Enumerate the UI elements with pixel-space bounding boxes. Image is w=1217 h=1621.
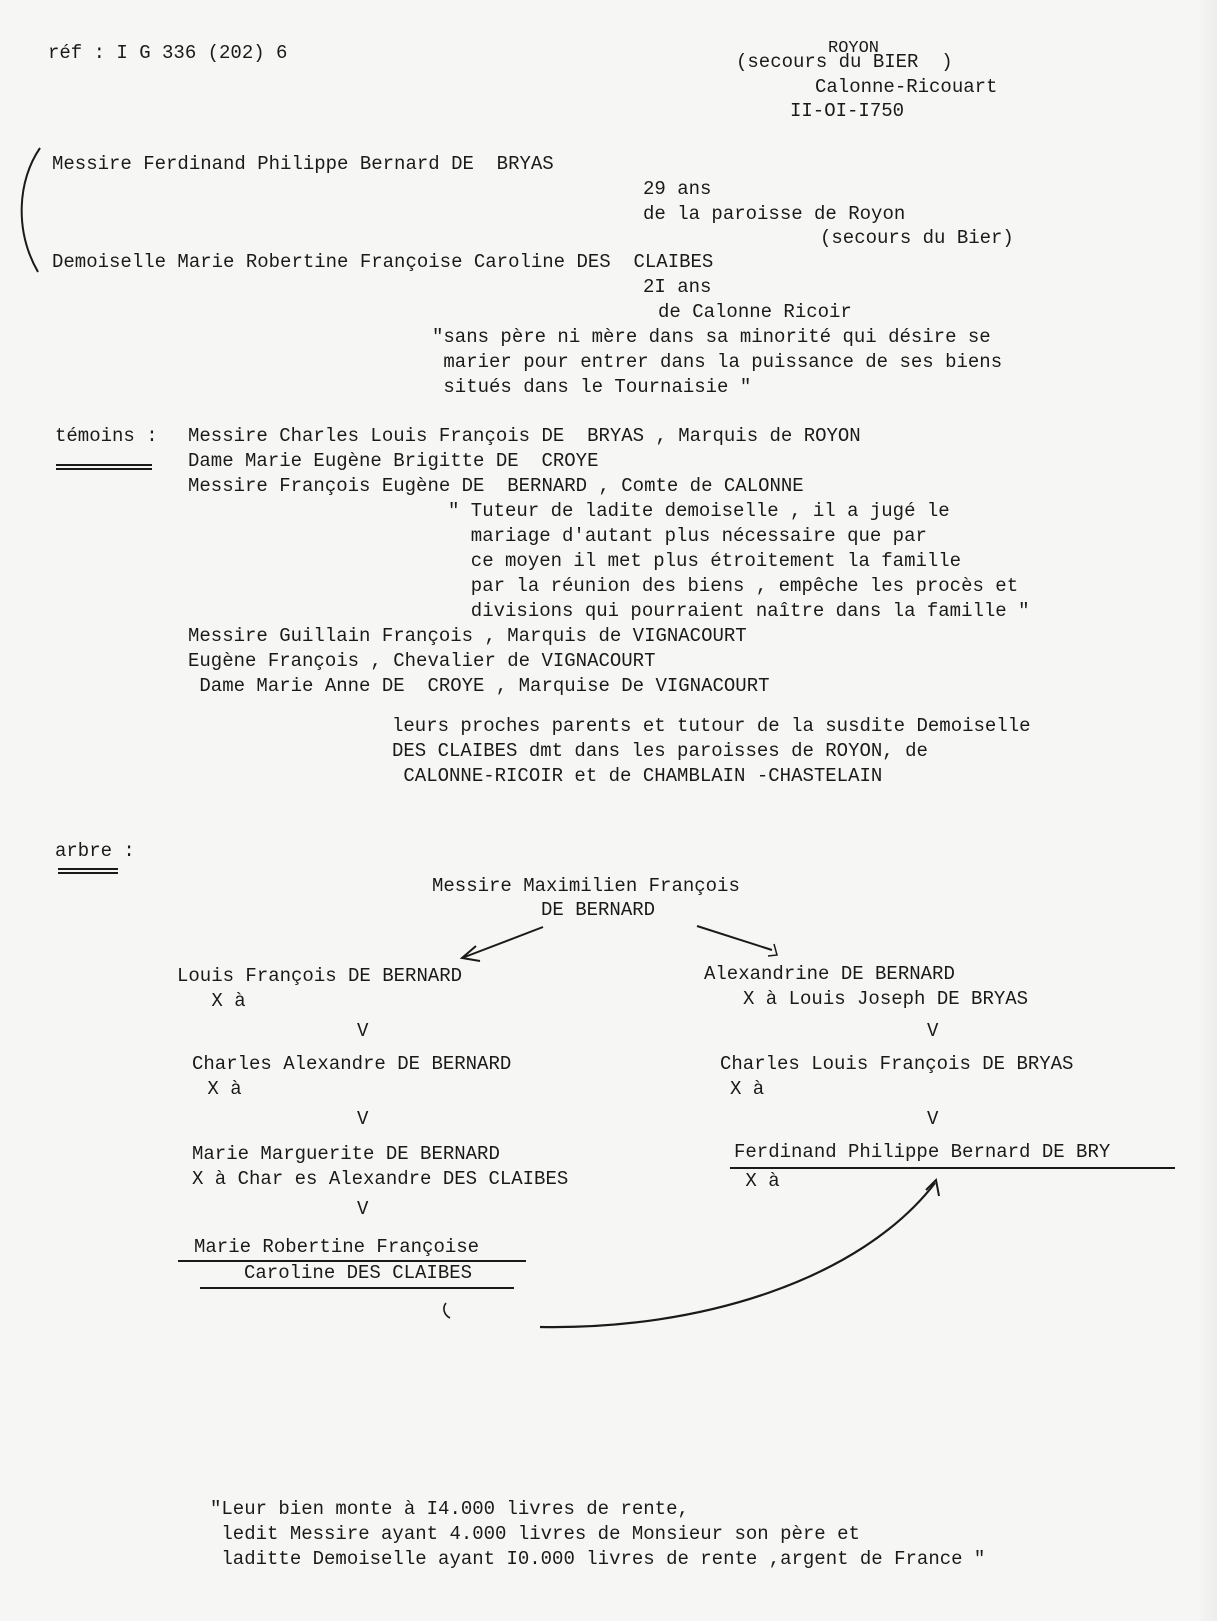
page-edge-shadow xyxy=(1197,0,1217,1621)
footer-quote-3: laditte Demoiselle ayant I0.000 livres d… xyxy=(210,1550,985,1569)
footer-quote-2: ledit Messire ayant 4.000 livres de Mons… xyxy=(210,1525,860,1544)
witness-3: Messire François Eugène DE BERNARD , Com… xyxy=(188,477,804,496)
witness-note-3: CALONNE-RICOIR et de CHAMBLAIN -CHASTELA… xyxy=(392,767,882,786)
tree-label-underline-2 xyxy=(58,872,118,874)
bride-quote-2: marier pour entrer dans la puissance de … xyxy=(432,353,1002,372)
bride-name: Demoiselle Marie Robertine Françoise Car… xyxy=(52,253,713,272)
arrow-root-left xyxy=(462,927,543,958)
groom-origin: de la paroisse de Royon xyxy=(643,205,905,224)
bride-quote-1: "sans père ni mère dans sa minorité qui … xyxy=(432,328,991,347)
witness-1: Messire Charles Louis François DE BRYAS … xyxy=(188,427,861,446)
tutor-quote-2: mariage d'autant plus nécessaire que par xyxy=(448,527,927,546)
witness-2: Dame Marie Eugène Brigitte DE CROYE xyxy=(188,452,598,471)
tree-right-1-name: Alexandrine DE BERNARD xyxy=(704,965,955,984)
tree-bride-underline-2 xyxy=(200,1287,514,1289)
witness-note-1: leurs proches parents et tutour de la su… xyxy=(392,717,1031,736)
tree-right-2-name: Charles Louis François DE BRYAS xyxy=(720,1055,1073,1074)
tree-left-2-sub: X à xyxy=(196,1080,242,1099)
place-calonne: Calonne-Ricouart xyxy=(815,78,997,97)
tutor-quote-3: ce moyen il met plus étroitement la fami… xyxy=(448,552,961,571)
bride-quote-3: situés dans le Tournaisie " xyxy=(432,378,751,397)
tree-right-arrow-2: V xyxy=(927,1110,938,1129)
tree-bride-line1: Marie Robertine Françoise xyxy=(194,1238,479,1257)
tutor-quote-1: " Tuteur de ladite demoiselle , il a jug… xyxy=(448,502,950,521)
tree-label-underline xyxy=(58,868,118,870)
spouses-bracket xyxy=(22,148,40,272)
tree-left-3-sub: X à Char es Alexandre DES CLAIBES xyxy=(192,1170,568,1189)
document-date: II-OI-I750 xyxy=(790,102,904,121)
tutor-quote-5: divisions qui pourraient naître dans la … xyxy=(448,602,1030,621)
tree-groom-underline xyxy=(730,1167,1175,1169)
witnesses-label: témoins : xyxy=(55,427,158,446)
groom-age: 29 ans xyxy=(643,180,711,199)
tree-groom-sub: X à xyxy=(734,1172,780,1191)
tree-left-1-sub: X à xyxy=(200,992,246,1011)
arrow-head-right xyxy=(768,944,777,956)
tree-root-surname: DE BERNARD xyxy=(541,901,655,920)
witness-4: Messire Guillain François , Marquis de V… xyxy=(188,627,747,646)
tree-left-arrow-1: V xyxy=(357,1022,368,1041)
tree-left-1-name: Louis François DE BERNARD xyxy=(177,967,462,986)
tree-label: arbre : xyxy=(55,842,135,861)
groom-origin-secours: (secours du Bier) xyxy=(820,229,1014,248)
groom-name: Messire Ferdinand Philippe Bernard DE BR… xyxy=(52,155,554,174)
tree-connectors xyxy=(0,0,1217,1621)
witness-note-2: DES CLAIBES dmt dans les paroisses de RO… xyxy=(392,742,928,761)
tree-left-2-name: Charles Alexandre DE BERNARD xyxy=(192,1055,511,1074)
witnesses-underline xyxy=(56,464,152,466)
tree-groom-name: Ferdinand Philippe Bernard DE BRY xyxy=(734,1143,1110,1162)
tree-left-3-name: Marie Marguerite DE BERNARD xyxy=(192,1145,500,1164)
place-secours: (secours du BIER ) xyxy=(736,53,953,72)
tree-right-1-sub: X à Louis Joseph DE BRYAS xyxy=(743,990,1028,1009)
tree-right-arrow-1: V xyxy=(927,1022,938,1041)
witness-6: Dame Marie Anne DE CROYE , Marquise De V… xyxy=(188,677,770,696)
bride-mark xyxy=(444,1303,450,1318)
witnesses-underline-2 xyxy=(56,468,152,470)
tree-left-arrow-3: V xyxy=(357,1200,368,1219)
tutor-quote-4: par la réunion des biens , empêche les p… xyxy=(448,577,1018,596)
footer-quote-1: "Leur bien monte à I4.000 livres de rent… xyxy=(210,1500,689,1519)
bride-origin: de Calonne Ricoir xyxy=(658,303,852,322)
tree-right-2-sub: X à xyxy=(730,1080,764,1099)
arrow-root-right xyxy=(697,926,772,950)
marriage-arrow-head xyxy=(926,1180,939,1196)
tree-root-name: Messire Maximilien François xyxy=(432,877,740,896)
arrow-head-left xyxy=(462,946,480,961)
reference: réf : I G 336 (202) 6 xyxy=(48,44,287,63)
tree-left-arrow-2: V xyxy=(357,1110,368,1129)
tree-bride-line2: Caroline DES CLAIBES xyxy=(244,1264,472,1283)
witness-5: Eugène François , Chevalier de VIGNACOUR… xyxy=(188,652,655,671)
marriage-arrow xyxy=(540,1183,935,1327)
bride-age: 2I ans xyxy=(643,278,711,297)
